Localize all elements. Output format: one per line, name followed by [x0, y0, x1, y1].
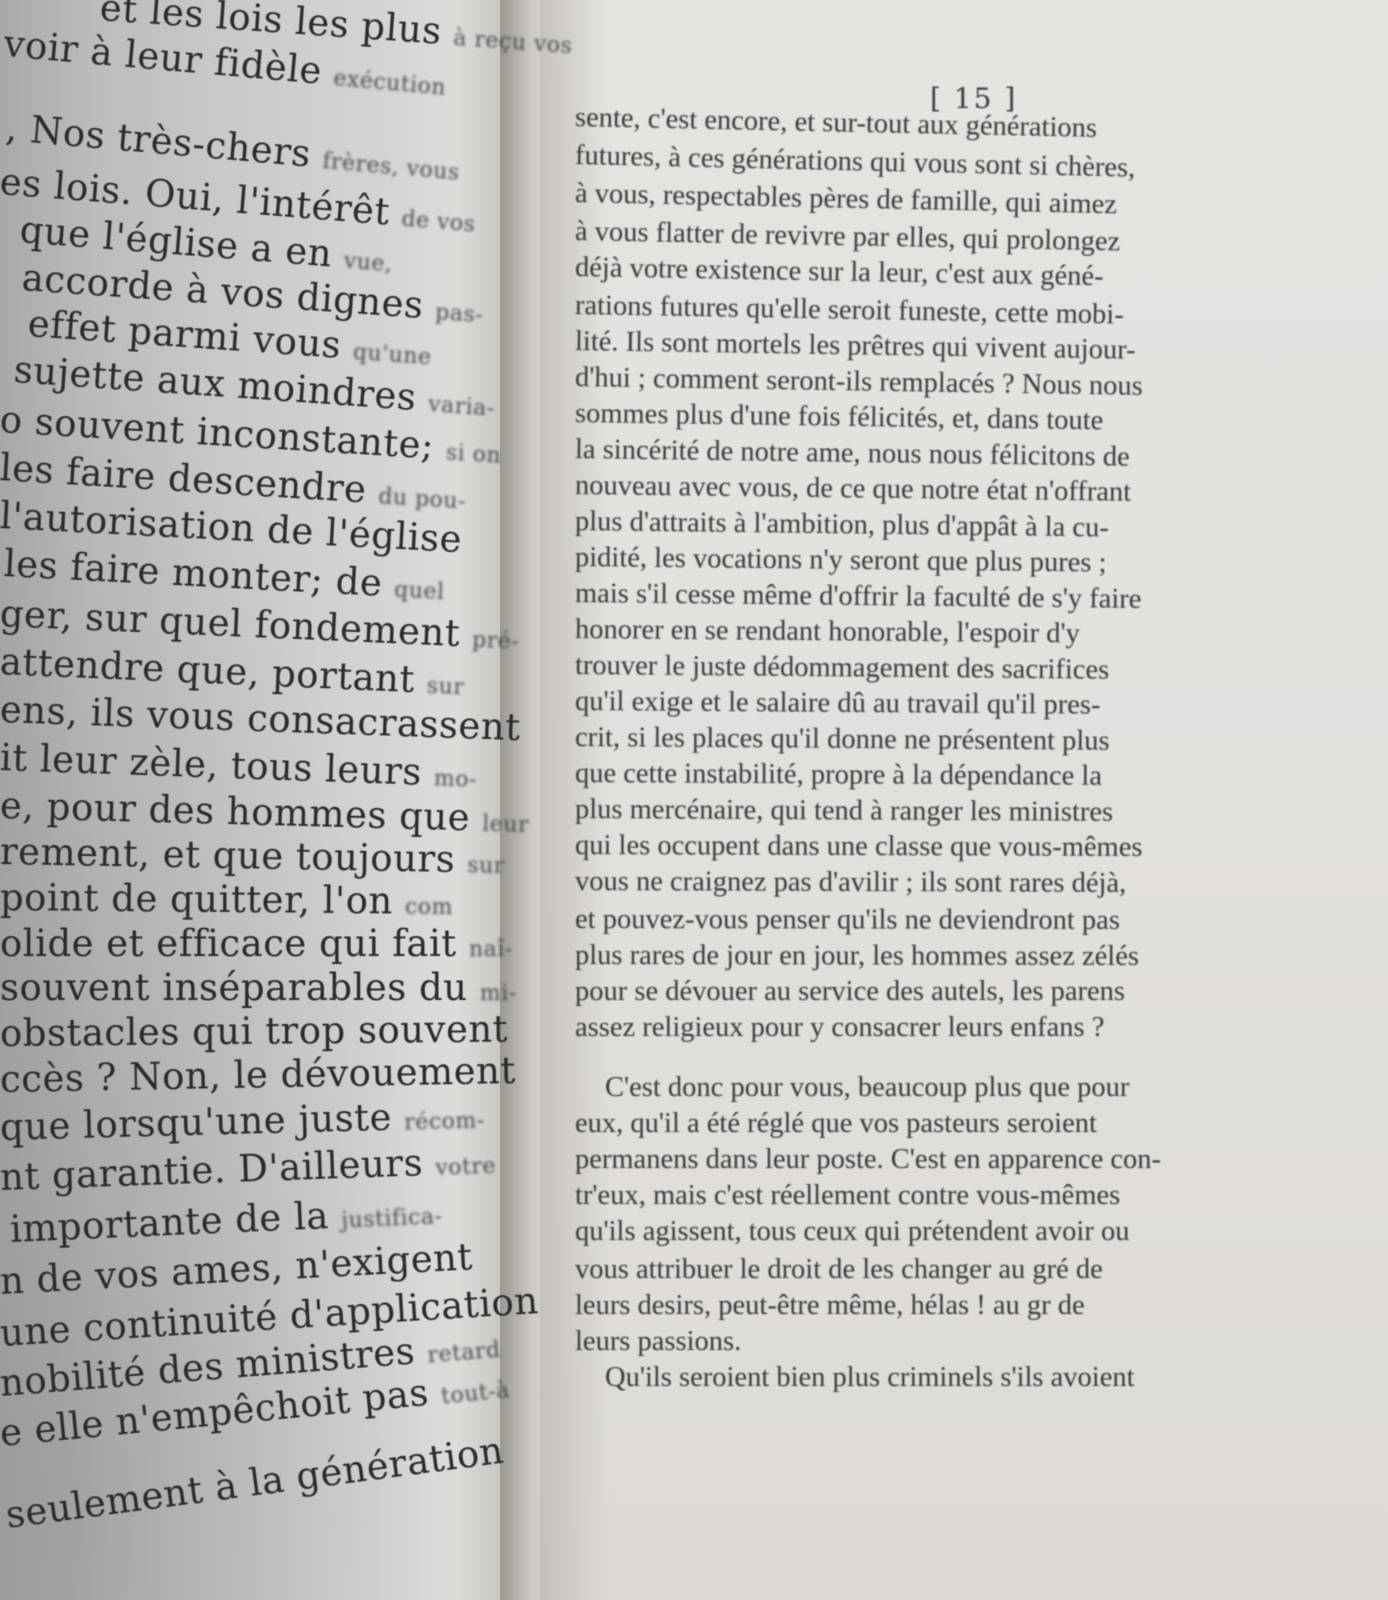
left-line: point de quitter, l'on com — [0, 876, 453, 923]
text-line: mais s'il cesse même d'offrir la faculté… — [575, 578, 1142, 616]
text-line: leurs desirs, peut-être même, hélas ! au… — [575, 1290, 1085, 1322]
text-line: plus d'attraits à l'ambition, plus d'app… — [575, 506, 1109, 545]
left-line: souvent inséparables du mi- — [0, 966, 517, 1009]
left-line: olide et efficace qui fait naî- — [0, 922, 513, 965]
text-line: plus mercénaire, qui tend à ranger les m… — [575, 794, 1113, 829]
text-line: crit, si les places qu'il donne ne prése… — [575, 722, 1110, 758]
text-line: pour se dévouer au service des autels, l… — [575, 976, 1125, 1008]
text-line: plus rares de jour en jour, les hommes a… — [575, 940, 1139, 973]
text-line: qu'ils agissent, tous ceux qui prétenden… — [575, 1216, 1129, 1248]
text-line: et pouvez-vous penser qu'ils ne deviendr… — [575, 904, 1120, 937]
left-line: rement, et que toujours sur — [0, 830, 505, 882]
text-line: honorer en se rendant honorable, l'espoi… — [575, 614, 1080, 650]
text-line: trouver le juste dédommagement des sacri… — [575, 650, 1109, 687]
text-line: eux, qu'il a été réglé que vos pasteurs … — [575, 1108, 1097, 1140]
text-line: vous ne craignez pas d'avilir ; ils sont… — [575, 866, 1126, 900]
text-line: qui les occupent dans une classe que vou… — [575, 830, 1143, 864]
open-book-spread: et les lois les plus à reçu vos voir à l… — [0, 0, 1388, 1600]
text-line: tr'eux, mais c'est réellement contre vou… — [575, 1180, 1120, 1212]
text-line: nouveau avec vous, de ce que notre état … — [575, 470, 1132, 509]
text-line: pidité, les vocations n'y seront que plu… — [575, 542, 1107, 580]
text-line: leurs passions. — [575, 1326, 741, 1358]
text-line: assez religieux pour y consacrer leurs e… — [575, 1012, 1104, 1044]
text-line: C'est donc pour vous, beaucoup plus que … — [575, 1072, 1129, 1104]
text-line: permanens dans leur poste. C'est en appa… — [575, 1144, 1161, 1176]
left-line: obstacles qui trop souvent — [0, 1008, 508, 1055]
text-line: Qu'ils seroient bien plus criminels s'il… — [575, 1362, 1135, 1394]
text-line: que cette instabilité, propre à la dépen… — [575, 758, 1102, 793]
left-line: ccès ? Non, le dévouement — [0, 1049, 516, 1101]
text-line: vous attribuer le droit de les changer a… — [575, 1254, 1103, 1286]
text-line: qu'il exige et le salaire dû au travail … — [575, 686, 1101, 722]
